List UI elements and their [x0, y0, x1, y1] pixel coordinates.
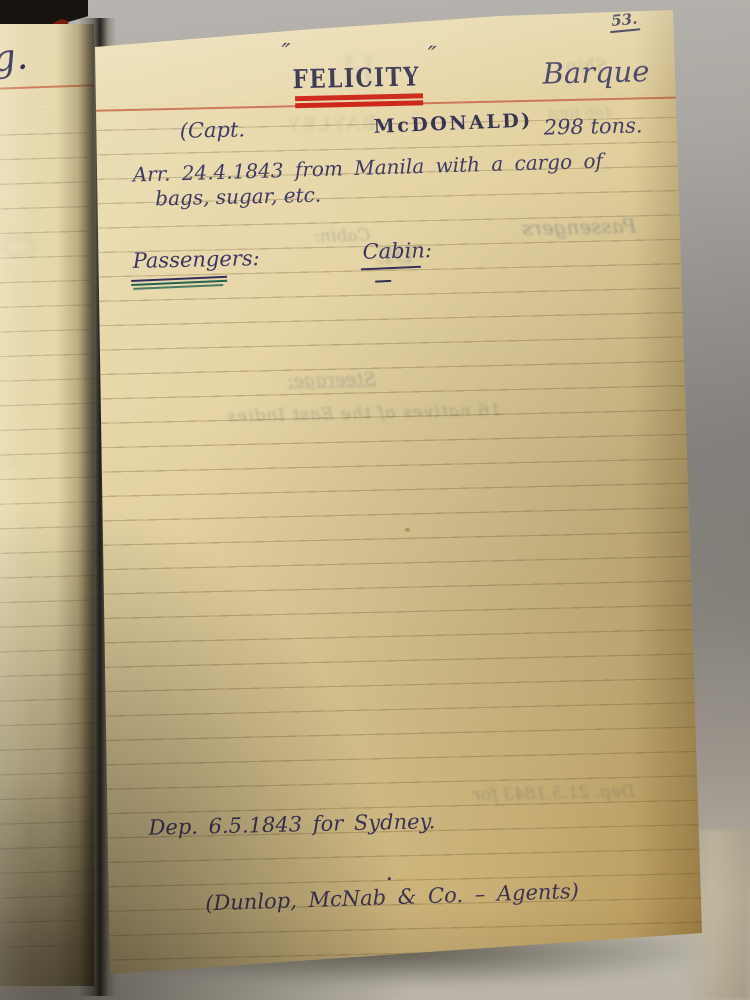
- ledger-photo-scene: g. 53. Ship H BAYLEY 466 tons Passengers…: [0, 0, 750, 1000]
- ship-name: FELICITY: [292, 62, 420, 95]
- bleed-steerage-label: Steerage:: [287, 368, 376, 391]
- bleed-departure-line: Dep. 21.5.1843 for: [473, 782, 635, 806]
- captain-prefix: (Capt.: [179, 117, 245, 142]
- open-quote-mark: ″: [280, 38, 291, 67]
- passengers-label: Passengers:: [132, 246, 259, 273]
- page-sheet: 53. Ship H BAYLEY 466 tons Passengers Ca…: [77, 0, 717, 985]
- cabin-label: Cabin:: [362, 238, 432, 264]
- page-number: 53.: [608, 9, 640, 33]
- bleed-captain-name: BAYLEY: [285, 112, 376, 136]
- vessel-type: Barque: [542, 54, 650, 90]
- ink-dot: [388, 877, 391, 880]
- arrival-line-2: bags, sugar, etc.: [155, 183, 321, 211]
- ledger-page: 53. Ship H BAYLEY 466 tons Passengers Ca…: [88, 6, 706, 978]
- close-quote-mark: ″: [426, 41, 437, 70]
- bleed-passengers-label: Passengers: [522, 214, 637, 241]
- tonnage: 298 tons.: [543, 113, 642, 139]
